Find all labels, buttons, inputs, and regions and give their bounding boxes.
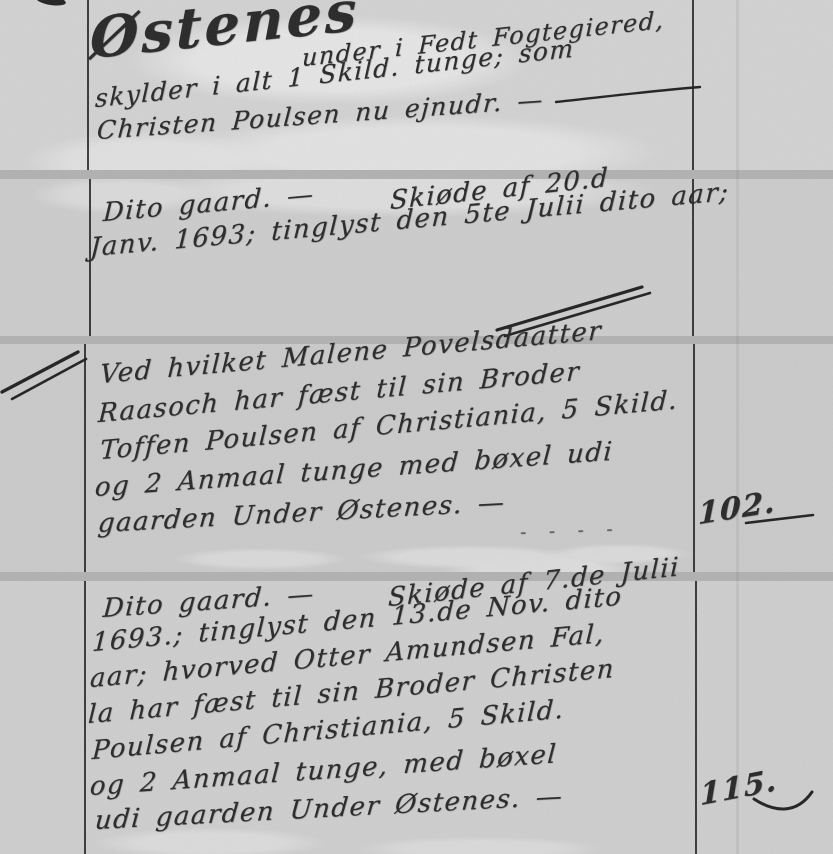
margin-tally-mark-icon (2, 352, 78, 392)
trailing-dots: - - - - (520, 519, 619, 543)
manuscript-page: Østenes under i Fedt Fogtegiered, skylde… (0, 0, 833, 854)
underline-flourish-icon (556, 87, 700, 102)
